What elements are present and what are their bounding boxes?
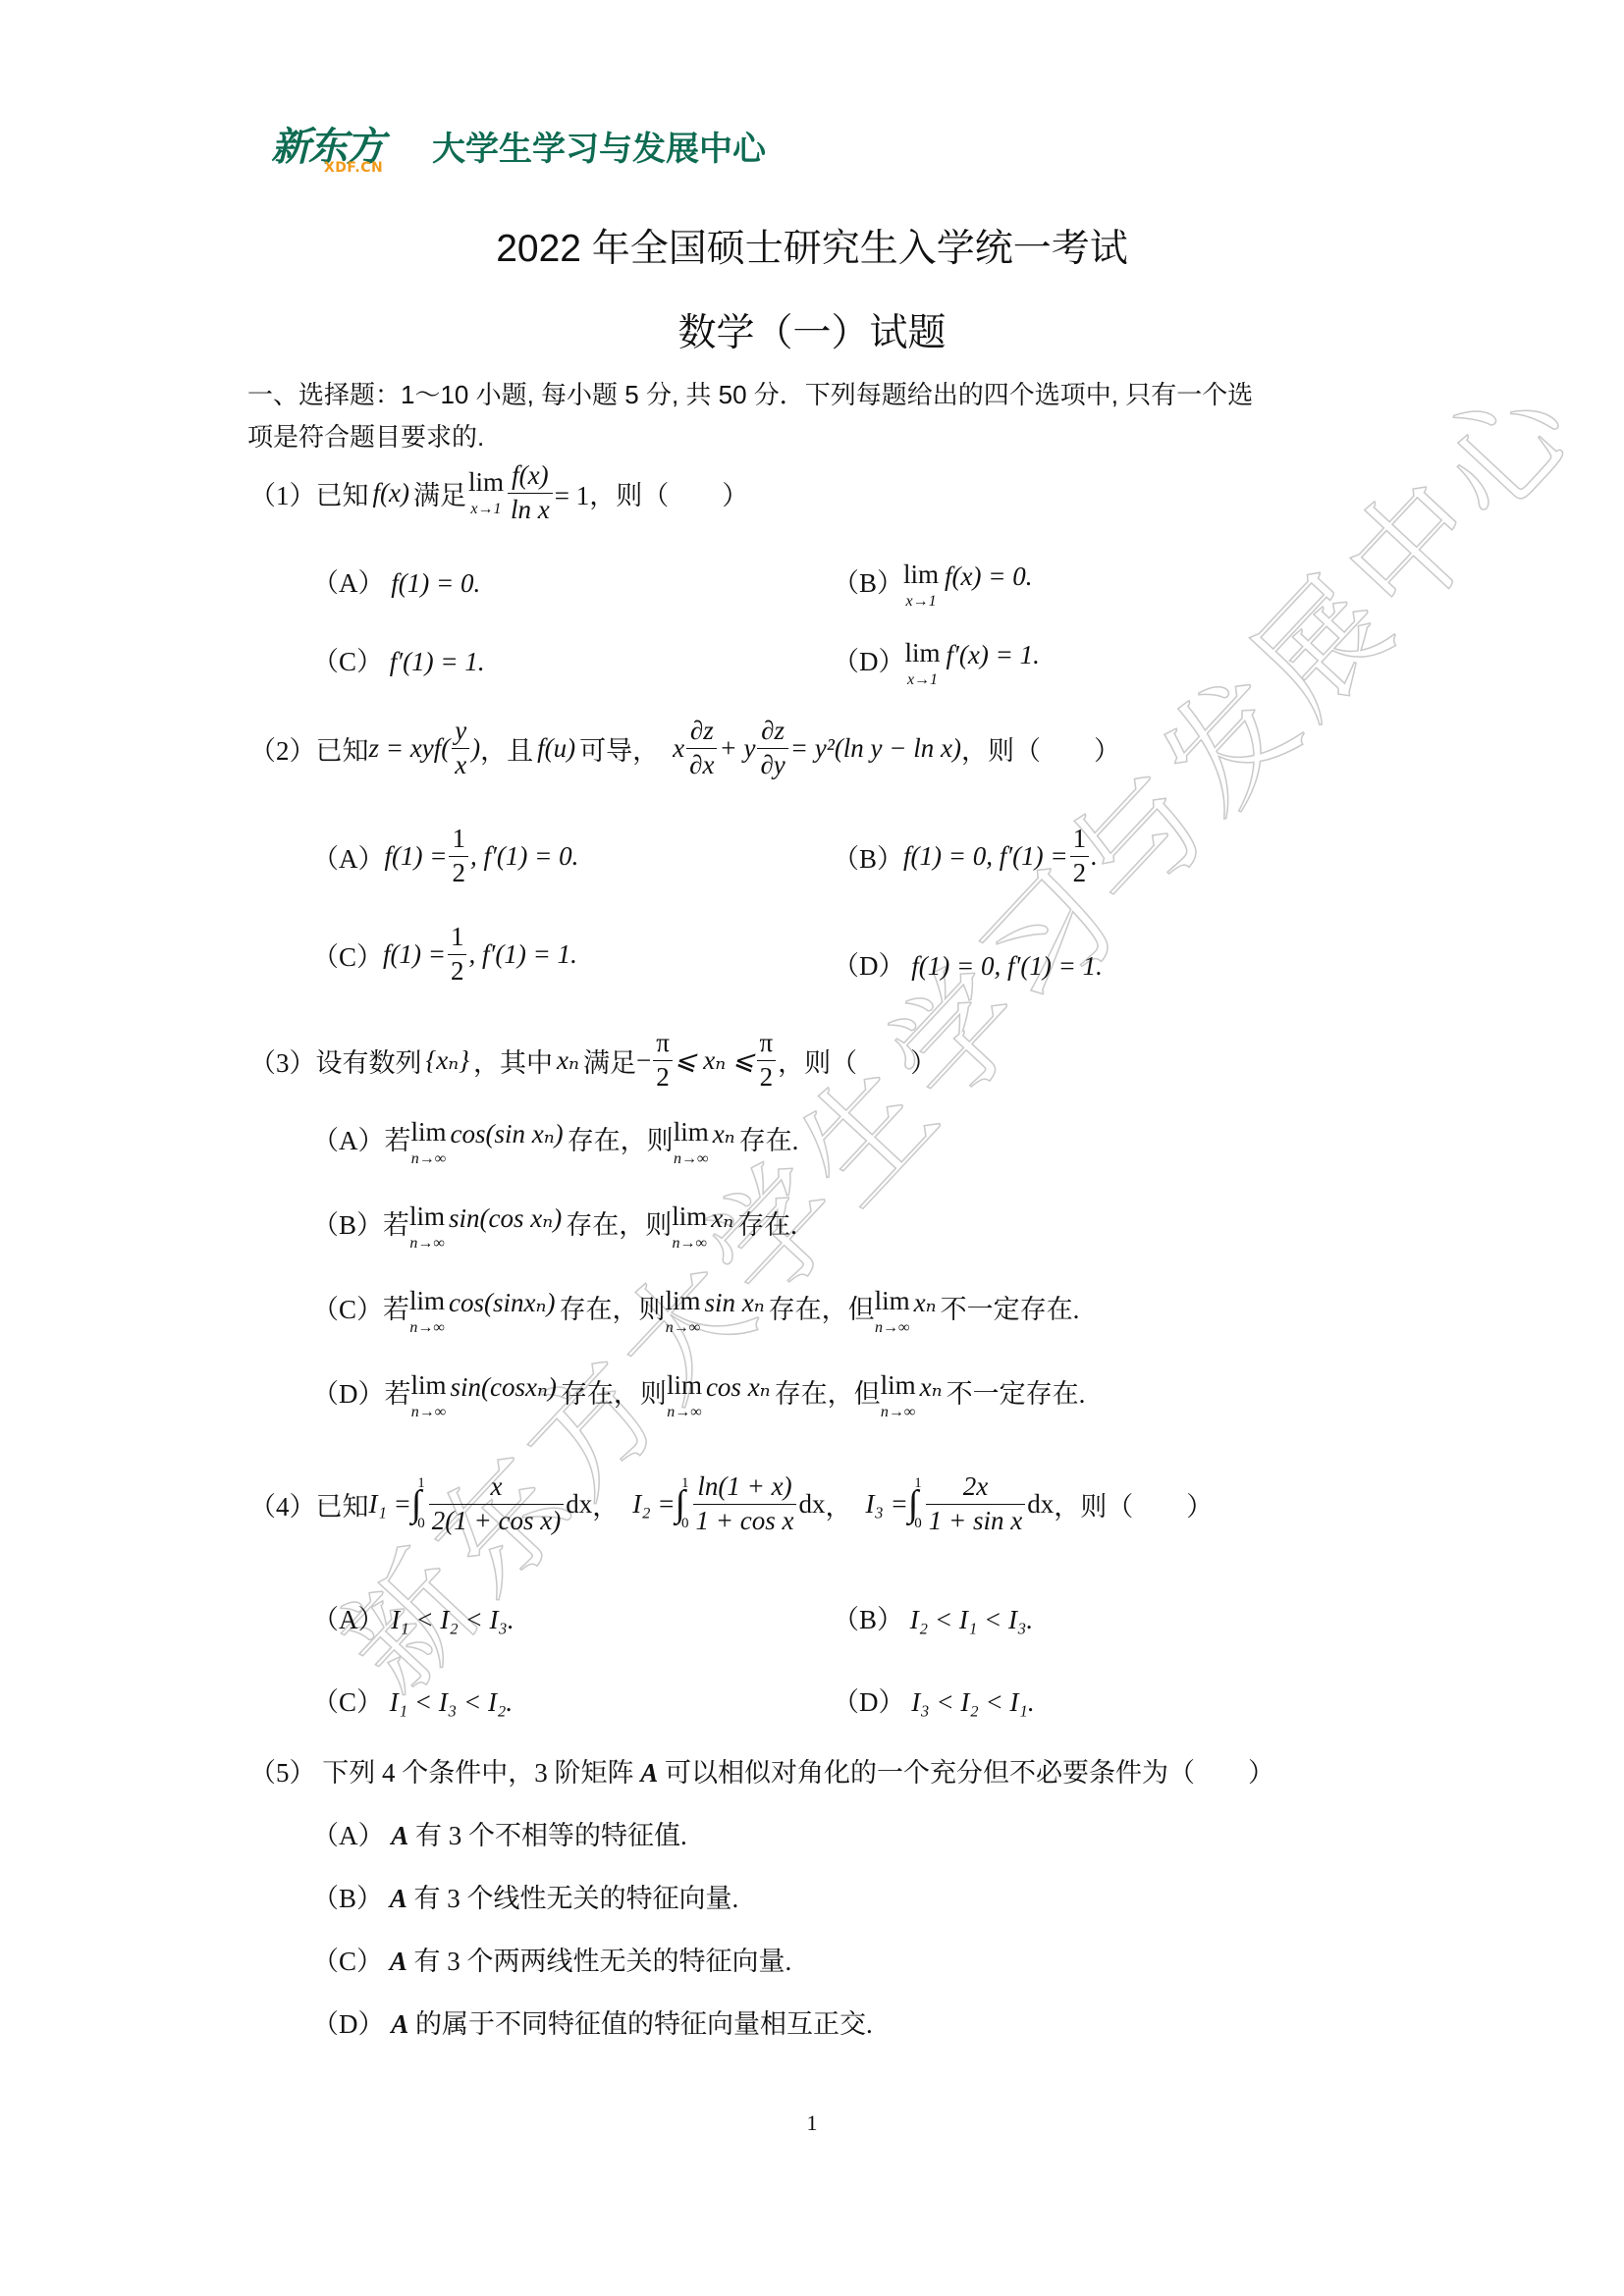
stem-text: 满足	[413, 474, 466, 512]
lim-sub: n→∞	[673, 1236, 707, 1252]
fraction: yx	[452, 717, 469, 779]
option-label: （D）	[312, 2009, 385, 2039]
denominator: 2	[449, 856, 468, 888]
option-text: .	[1091, 841, 1098, 872]
math-i2: I₂ =	[632, 1489, 675, 1520]
lim-sub: x→1	[470, 502, 501, 517]
lim-sub: n→∞	[881, 1405, 915, 1420]
option-label: （A）	[312, 1605, 385, 1634]
lim-sub: n→∞	[674, 1151, 708, 1167]
limit: limn→∞	[674, 1119, 709, 1167]
fraction: 12	[448, 923, 467, 986]
option-text: 不一定存在.	[941, 1288, 1080, 1336]
math-fx: f(x)	[373, 478, 409, 508]
option-text: 存在，则	[568, 1119, 674, 1167]
q1-option-c[interactable]: （C） f′(1) = 1.	[312, 640, 485, 678]
denominator: ∂x	[686, 748, 717, 780]
q5-option-d[interactable]: （D） A 的属于不同特征值的特征向量相互正交.	[312, 2002, 873, 2041]
q3-option-c[interactable]: （C） 若 limn→∞ cos(sinxₙ) 存在，则 limn→∞ sin …	[312, 1288, 1079, 1336]
stem-text: 已知	[316, 1485, 369, 1523]
stem-text: 可以相似对角化的一个充分但不必要条件为（ ）	[665, 1758, 1274, 1788]
question-number: （4）	[249, 1485, 316, 1523]
denominator: 2	[448, 954, 467, 987]
question-number: （2）	[249, 729, 316, 768]
option-label: （D）	[312, 1372, 385, 1420]
fraction: ln(1 + x)1 + cos x	[693, 1472, 797, 1535]
limit: limx→1	[903, 561, 939, 610]
option-text: 有 3 个线性无关的特征向量.	[414, 1884, 739, 1913]
option-text: f(x) = 0.	[945, 561, 1032, 610]
numerator: 1	[448, 923, 467, 954]
option-text: , f′(1) = 0.	[470, 841, 578, 872]
option-math: xₙ	[920, 1372, 943, 1420]
q4-option-d[interactable]: （D） I₃ < I₂ < I₁.	[833, 1681, 1035, 1719]
numerator: ln(1 + x)	[694, 1472, 794, 1504]
question-4: （4） 已知 I₁ = ∫ 10 x2(1 + cos x) dx ， I₂ =…	[249, 1472, 1213, 1535]
q3-option-b[interactable]: （B） 若 limn→∞ sin(cos xₙ) 存在，则 limn→∞ xₙ …	[312, 1203, 797, 1252]
q2-option-d[interactable]: （D） f(1) = 0, f′(1) = 1.	[833, 944, 1103, 983]
q5-option-b[interactable]: （B） A 有 3 个线性无关的特征向量.	[312, 1877, 738, 1915]
fraction: π2	[757, 1029, 777, 1092]
option-label: （D）	[833, 951, 905, 981]
limit: limn→∞	[665, 1288, 700, 1336]
section-heading-line1: 一、选择题：1～10 小题, 每小题 5 分, 共 50 分．下列每题给出的四个…	[247, 375, 1253, 411]
limit: limn→∞	[411, 1372, 447, 1420]
lim-label: lim	[409, 1288, 445, 1314]
option-text: 存在，但	[769, 1288, 875, 1336]
option-math: sin xₙ	[704, 1288, 764, 1336]
upper-limit: 1	[914, 1475, 922, 1492]
math-matrix: A	[640, 1758, 658, 1788]
option-label: （A）	[312, 1821, 385, 1850]
denominator: x	[452, 748, 469, 780]
limit: limx→1	[905, 640, 941, 688]
q2-option-b[interactable]: （B） f(1) = 0, f′(1) = 12 .	[833, 825, 1098, 887]
question-number: （5）	[249, 1758, 316, 1788]
option-label: （C）	[312, 1687, 383, 1717]
option-text: 若	[385, 1372, 411, 1420]
math-xn: xₙ	[557, 1045, 579, 1076]
q2-option-c[interactable]: （C） f(1) = 12 , f′(1) = 1.	[312, 923, 577, 986]
stem-text: ，且	[480, 729, 533, 768]
option-label: （B）	[833, 837, 903, 876]
stem-text: ，则（ ）	[961, 729, 1120, 768]
math-i3: I₃ =	[865, 1489, 907, 1520]
option-text: I₁ < I₃ < I₂.	[390, 1687, 513, 1717]
math-rhs: = y²(ln y − ln x)	[790, 733, 961, 764]
option-label: （B）	[833, 561, 903, 610]
denominator: 2	[1070, 856, 1090, 888]
question-3: （3） 设有数列 {xₙ} ，其中 xₙ 满足 − π2 ⩽ xₙ ⩽ π2 ，…	[249, 1029, 937, 1092]
limit: limn→∞	[409, 1203, 445, 1252]
fraction: ∂z∂x	[686, 717, 717, 779]
option-label: （C）	[312, 935, 383, 974]
lim-label: lim	[665, 1288, 700, 1314]
lim-sub: n→∞	[409, 1236, 444, 1252]
denominator: 2	[757, 1060, 777, 1093]
limit: limn→∞	[667, 1372, 702, 1420]
q1-option-a[interactable]: （A） f(1) = 0.	[312, 561, 480, 600]
option-math: xₙ	[713, 1119, 735, 1167]
numerator: π	[757, 1029, 777, 1060]
lim-label: lim	[468, 469, 504, 496]
limit: limn→∞	[672, 1203, 707, 1252]
math-sequence: {xₙ}	[426, 1045, 470, 1076]
stem-text: = 1，则（ ）	[555, 474, 748, 512]
lower-limit: 0	[417, 1516, 425, 1532]
option-text: f′(x) = 1.	[947, 640, 1040, 688]
option-math: sin(cos xₙ)	[449, 1203, 562, 1252]
fraction: 12	[449, 825, 468, 887]
denominator: ln x	[508, 493, 553, 525]
option-text: , f′(1) = 1.	[468, 939, 576, 970]
lim-sub: n→∞	[875, 1320, 909, 1336]
option-text: I₃ < I₂ < I₁.	[911, 1687, 1034, 1717]
integral-limits: 10	[681, 1475, 689, 1532]
lim-label: lim	[881, 1372, 916, 1399]
question-5: （5） 下列 4 个条件中，3 阶矩阵 A 可以相似对角化的一个充分但不必要条件…	[249, 1751, 1274, 1789]
lim-label: lim	[411, 1372, 447, 1399]
option-text: 不一定存在.	[947, 1372, 1086, 1420]
stem-text: 已知	[316, 729, 369, 768]
lim-label: lim	[409, 1203, 445, 1230]
option-math: cos(sin xₙ)	[451, 1119, 564, 1167]
limit: limn→∞	[411, 1119, 447, 1167]
option-text: f(1) =	[385, 841, 448, 872]
lower-limit: 0	[914, 1516, 922, 1532]
upper-limit: 1	[417, 1475, 425, 1492]
q4-option-c[interactable]: （C） I₁ < I₃ < I₂.	[312, 1681, 513, 1719]
option-label: （C）	[312, 1947, 383, 1976]
question-number: （1）	[249, 474, 316, 512]
numerator: 1	[1070, 825, 1090, 856]
stem-text: 满足	[583, 1041, 636, 1080]
stem-text: ，其中	[473, 1041, 553, 1080]
lim-sub: x→1	[905, 594, 936, 610]
lim-label: lim	[875, 1288, 910, 1314]
stem-text: 下列 4 个条件中，3 阶矩阵	[322, 1758, 633, 1788]
stem-text: ，则（ ）	[778, 1041, 937, 1080]
fraction: π2	[653, 1029, 673, 1092]
option-text: 若	[383, 1203, 409, 1252]
option-math: xₙ	[914, 1288, 937, 1336]
math-fu: f(u)	[537, 733, 575, 764]
upper-limit: 1	[681, 1475, 689, 1492]
option-math: cos(sinxₙ)	[449, 1288, 555, 1336]
fraction: ∂z∂y	[757, 717, 787, 779]
lim-sub: n→∞	[411, 1151, 446, 1167]
option-label: （C）	[312, 647, 383, 676]
math-plus-y: + y	[719, 733, 755, 764]
q4-option-a[interactable]: （A） I₁ < I₂ < I₃.	[312, 1598, 514, 1636]
exam-title: 2022 年全国硕士研究生入学统一考试	[0, 218, 1624, 273]
numerator: ∂z	[687, 717, 717, 748]
integral-limits: 10	[417, 1475, 425, 1532]
option-label: （B）	[312, 1884, 383, 1913]
limit: limn→∞	[409, 1288, 445, 1336]
stem-text: 设有数列	[316, 1041, 422, 1080]
option-text: f(1) = 0, f′(1) = 1.	[911, 951, 1103, 981]
stem-text: ，则（ ）	[1054, 1485, 1213, 1523]
option-text: 存在，但	[775, 1372, 881, 1420]
q1-option-d[interactable]: （D） limx→1 f′(x) = 1.	[833, 640, 1040, 688]
numerator: ∂z	[758, 717, 787, 748]
option-text: 存在，则	[559, 1288, 665, 1336]
denominator: 2	[653, 1060, 673, 1093]
option-text: 存在.	[737, 1203, 797, 1252]
question-1: （1） 已知 f(x) 满足 lim x→1 f(x) ln x = 1，则（ …	[249, 461, 748, 524]
math-matrix: A	[391, 2009, 408, 2039]
option-text: 有 3 个两两线性无关的特征向量.	[414, 1947, 792, 1976]
math-matrix: A	[391, 1821, 408, 1850]
option-text: 若	[383, 1288, 409, 1336]
stem-text: 已知	[316, 474, 369, 512]
option-text: I₂ < I₁ < I₃.	[910, 1605, 1033, 1634]
q1-option-b[interactable]: （B） limx→1 f(x) = 0.	[833, 561, 1032, 610]
math-matrix: A	[390, 1947, 407, 1976]
fraction: f(x) ln x	[508, 461, 553, 524]
q5-option-c[interactable]: （C） A 有 3 个两两线性无关的特征向量.	[312, 1940, 791, 1978]
option-label: （D）	[833, 1687, 905, 1717]
option-label: （A）	[312, 1119, 385, 1167]
question-2: （2） 已知 z = xyf( yx ) ，且 f(u) 可导， x ∂z∂x …	[249, 717, 1120, 779]
math-z: z = xyf(	[369, 733, 451, 764]
stem-text: ，	[592, 1485, 619, 1523]
denominator: ∂y	[757, 748, 787, 780]
lim-sub: x→1	[907, 672, 938, 688]
lim-label: lim	[905, 640, 941, 667]
option-text: I₁ < I₂ < I₃.	[391, 1605, 514, 1634]
option-math: xₙ	[711, 1203, 733, 1252]
math-i1: I₁ =	[369, 1489, 411, 1520]
option-label: （B）	[312, 1203, 383, 1252]
numerator: x	[488, 1472, 506, 1504]
center-name: 大学生学习与发展中心	[432, 122, 766, 170]
math-dx: dx	[1027, 1489, 1054, 1520]
lim-label: lim	[903, 561, 939, 588]
option-text: 有 3 个不相等的特征值.	[415, 1821, 687, 1850]
option-label: （B）	[833, 1605, 903, 1634]
denominator: 1 + cos x	[693, 1504, 797, 1536]
option-math: sin(cosxₙ)	[451, 1372, 557, 1420]
option-text: f′(1) = 1.	[390, 647, 485, 676]
lim-sub: n→∞	[411, 1405, 446, 1420]
math-paren: )	[471, 733, 480, 764]
math-x: x	[673, 733, 684, 764]
lim-label: lim	[674, 1119, 709, 1146]
q3-option-a[interactable]: （A） 若 limn→∞ cos(sin xₙ) 存在，则 limn→∞ xₙ …	[312, 1119, 798, 1167]
q5-option-a[interactable]: （A） A 有 3 个不相等的特征值.	[312, 1814, 687, 1852]
limit: limn→∞	[881, 1372, 916, 1420]
denominator: 1 + sin x	[926, 1504, 1025, 1536]
lim-sub: n→∞	[666, 1320, 700, 1336]
lim-sub: n→∞	[409, 1320, 444, 1336]
option-text: 存在.	[739, 1119, 799, 1167]
option-text: 存在，则	[566, 1203, 672, 1252]
option-label: （A）	[312, 568, 385, 598]
option-text: 若	[385, 1119, 411, 1167]
q3-option-d[interactable]: （D） 若 limn→∞ sin(cosxₙ) 存在，则 limn→∞ cos …	[312, 1372, 1085, 1420]
option-label: （A）	[312, 837, 385, 876]
xdf-logo-domain: XDF.CN	[324, 160, 383, 176]
page-number: 1	[0, 2110, 1624, 2136]
q2-option-a[interactable]: （A） f(1) = 12 , f′(1) = 0.	[312, 825, 578, 887]
fraction: x2(1 + cos x)	[429, 1472, 564, 1535]
numerator: 2x	[960, 1472, 991, 1504]
option-label: （C）	[312, 1288, 383, 1336]
limit: lim x→1	[468, 469, 504, 517]
lower-limit: 0	[681, 1516, 689, 1532]
integral-limits: 10	[914, 1475, 922, 1532]
section-heading-line2: 项是符合题目要求的.	[247, 417, 484, 454]
numerator: f(x)	[509, 461, 551, 493]
lim-sub: n→∞	[667, 1405, 701, 1420]
math-matrix: A	[390, 1884, 407, 1913]
question-number: （3）	[249, 1041, 316, 1080]
denominator: 2(1 + cos x)	[429, 1504, 564, 1536]
math-minus: −	[636, 1045, 651, 1076]
exam-subtitle: 数学（一）试题	[0, 302, 1624, 357]
math-dx: dx	[798, 1489, 825, 1520]
numerator: 1	[449, 825, 468, 856]
option-text: 存在，则	[561, 1372, 667, 1420]
option-text: f(1) = 0.	[391, 568, 480, 598]
option-text: f(1) =	[383, 939, 446, 970]
option-label: （D）	[833, 640, 905, 688]
math-dx: dx	[566, 1489, 592, 1520]
option-text: 的属于不同特征值的特征向量相互正交.	[415, 2009, 873, 2039]
option-text: f(1) = 0, f′(1) =	[903, 841, 1068, 872]
option-math: cos xₙ	[706, 1372, 771, 1420]
math-inequality: ⩽ xₙ ⩽	[675, 1045, 755, 1076]
fraction: 12	[1070, 825, 1090, 887]
numerator: y	[452, 717, 469, 748]
lim-label: lim	[672, 1203, 707, 1230]
q4-option-b[interactable]: （B） I₂ < I₁ < I₃.	[833, 1598, 1033, 1636]
lim-label: lim	[411, 1119, 447, 1146]
stem-text: ，	[825, 1485, 851, 1523]
limit: limn→∞	[875, 1288, 910, 1336]
stem-text: 可导，	[579, 729, 659, 768]
fraction: 2x1 + sin x	[926, 1472, 1025, 1535]
lim-label: lim	[667, 1372, 702, 1399]
numerator: π	[653, 1029, 673, 1060]
